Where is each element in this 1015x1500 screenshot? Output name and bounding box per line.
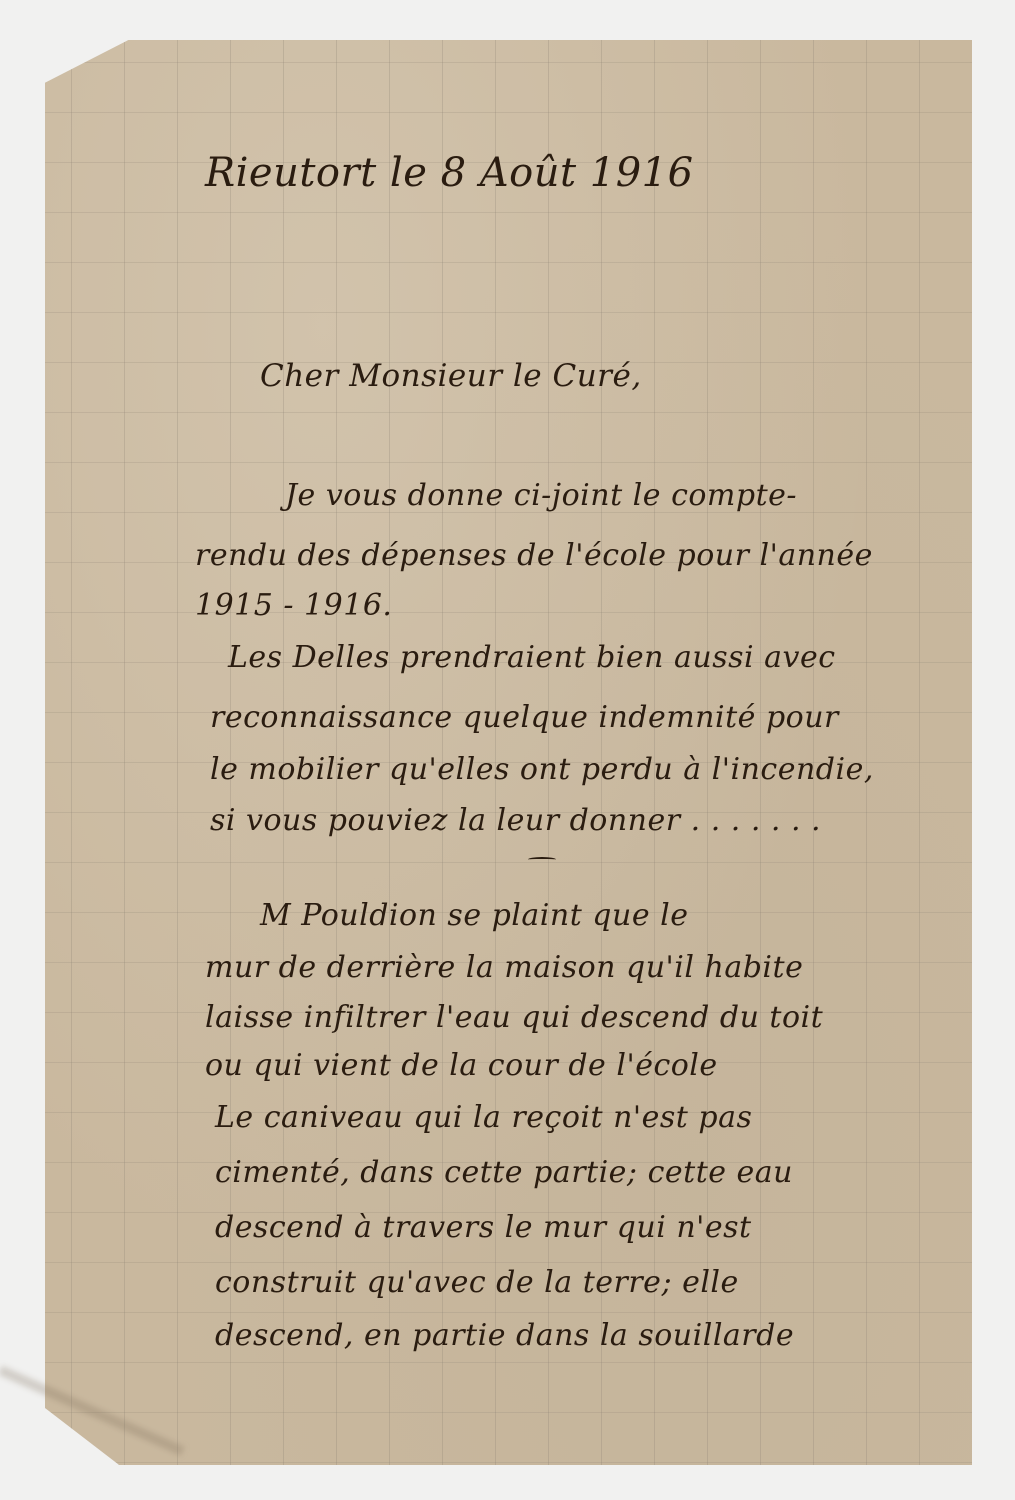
letter-line: le mobilier qu'elles ont perdu à l'incen… (210, 752, 874, 787)
letter-line: descend à travers le mur qui n'est (215, 1210, 752, 1245)
letter-line: M Pouldion se plaint que le (260, 898, 688, 933)
letter-line: 1915 - 1916. (195, 588, 392, 623)
paragraph-separator-dash (528, 857, 556, 862)
letter-line: Les Delles prendraient bien aussi avec (228, 640, 836, 675)
letter-dateline: Rieutort le 8 Août 1916 (205, 150, 694, 196)
letter-line: reconnaissance quelque indemnité pour (210, 700, 839, 735)
letter-line: si vous pouviez la leur donner . . . . .… (210, 803, 821, 838)
letter-line: cimenté, dans cette partie; cette eau (215, 1155, 793, 1190)
letter-line: mur de derrière la maison qu'il habite (205, 950, 803, 985)
letter-line: Je vous donne ci-joint le compte- (285, 478, 797, 513)
letter-line: construit qu'avec de la terre; elle (215, 1265, 739, 1300)
letter-line: descend, en partie dans la souillarde (215, 1318, 794, 1353)
letter-line: ou qui vient de la cour de l'école (205, 1048, 718, 1083)
letter-line: rendu des dépenses de l'école pour l'ann… (195, 538, 873, 573)
letter-line: laisse infiltrer l'eau qui descend du to… (205, 1000, 823, 1035)
letter-line: Le caniveau qui la reçoit n'est pas (215, 1100, 752, 1135)
letter-salutation: Cher Monsieur le Curé, (260, 358, 642, 394)
